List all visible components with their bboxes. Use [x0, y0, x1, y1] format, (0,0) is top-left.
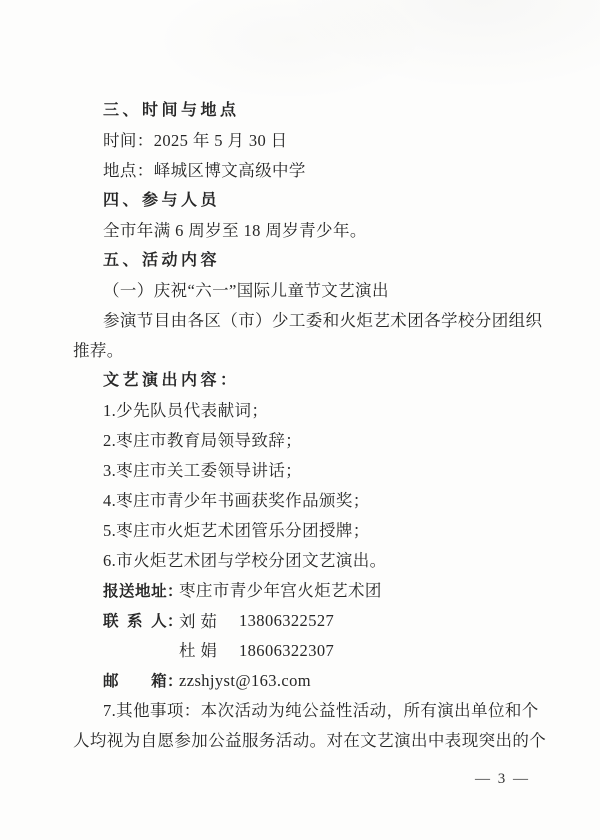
contact-2-name: 杜 娟 — [179, 636, 239, 666]
section-4-heading: 四、参与人员 — [73, 186, 530, 216]
document-body: 三、时间与地点 时间：2025 年 5 月 30 日 地点：峄城区博文高级中学 … — [0, 0, 600, 756]
other-items-line-1: 7.其他事项：本次活动为纯公益性活动，所有演出单位和个 — [73, 696, 530, 726]
submit-address-label: 报送地址 — [103, 577, 167, 607]
program-item-3: 3.枣庄市关工委领导讲话； — [73, 456, 530, 486]
section-5-heading: 五、活动内容 — [73, 246, 530, 276]
page-number: — 3 — — [0, 768, 600, 790]
contact-1-phone: 13806322527 — [239, 611, 334, 630]
program-item-2: 2.枣庄市教育局领导致辞； — [73, 426, 530, 456]
program-item-1: 1.少先队员代表献词； — [73, 396, 530, 426]
activity-item-1-title: （一）庆祝“六一”国际儿童节文艺演出 — [73, 276, 530, 306]
section-3-heading: 三、时间与地点 — [73, 96, 530, 126]
email-colon: ： — [167, 667, 179, 697]
scanned-document-page: 三、时间与地点 时间：2025 年 5 月 30 日 地点：峄城区博文高级中学 … — [0, 0, 600, 840]
event-time-line: 时间：2025 年 5 月 30 日 — [73, 126, 530, 156]
activity-paragraph-line-2: 推荐。 — [73, 336, 530, 366]
program-item-6: 6.市火炬艺术团与学校分团文艺演出。 — [73, 546, 530, 576]
contact-person-label: 联系人 — [103, 607, 167, 637]
submit-address-colon: ： — [167, 577, 179, 607]
email-label: 邮箱 — [103, 667, 167, 697]
program-heading: 文艺演出内容： — [73, 366, 530, 396]
submit-address-value: 枣庄市青少年宫火炬艺术团 — [179, 581, 382, 600]
other-items-line-2: 人均视为自愿参加公益服务活动。对在文艺演出中表现突出的个 — [73, 726, 530, 756]
program-item-4: 4.枣庄市青少年书画获奖作品颁奖； — [73, 486, 530, 516]
contact-person-line-1: 联系人：刘 茹13806322527 — [73, 606, 530, 636]
contact-person-colon: ： — [167, 607, 179, 637]
participants-line: 全市年满 6 周岁至 18 周岁青少年。 — [73, 216, 530, 246]
submit-address-line: 报送地址：枣庄市青少年宫火炬艺术团 — [73, 576, 530, 606]
event-place-line: 地点：峄城区博文高级中学 — [73, 156, 530, 186]
email-value: zzshjyst@163.com — [179, 671, 311, 690]
program-item-5: 5.枣庄市火炬艺术团管乐分团授牌； — [73, 516, 530, 546]
email-line: 邮箱：zzshjyst@163.com — [73, 666, 530, 696]
activity-paragraph-line-1: 参演节目由各区（市）少工委和火炬艺术团各学校分团组织 — [73, 306, 530, 336]
contact-1-name: 刘 茹 — [179, 607, 239, 637]
contact-person-line-2: 杜 娟18606322307 — [73, 636, 530, 666]
contact-2-phone: 18606322307 — [239, 641, 334, 660]
